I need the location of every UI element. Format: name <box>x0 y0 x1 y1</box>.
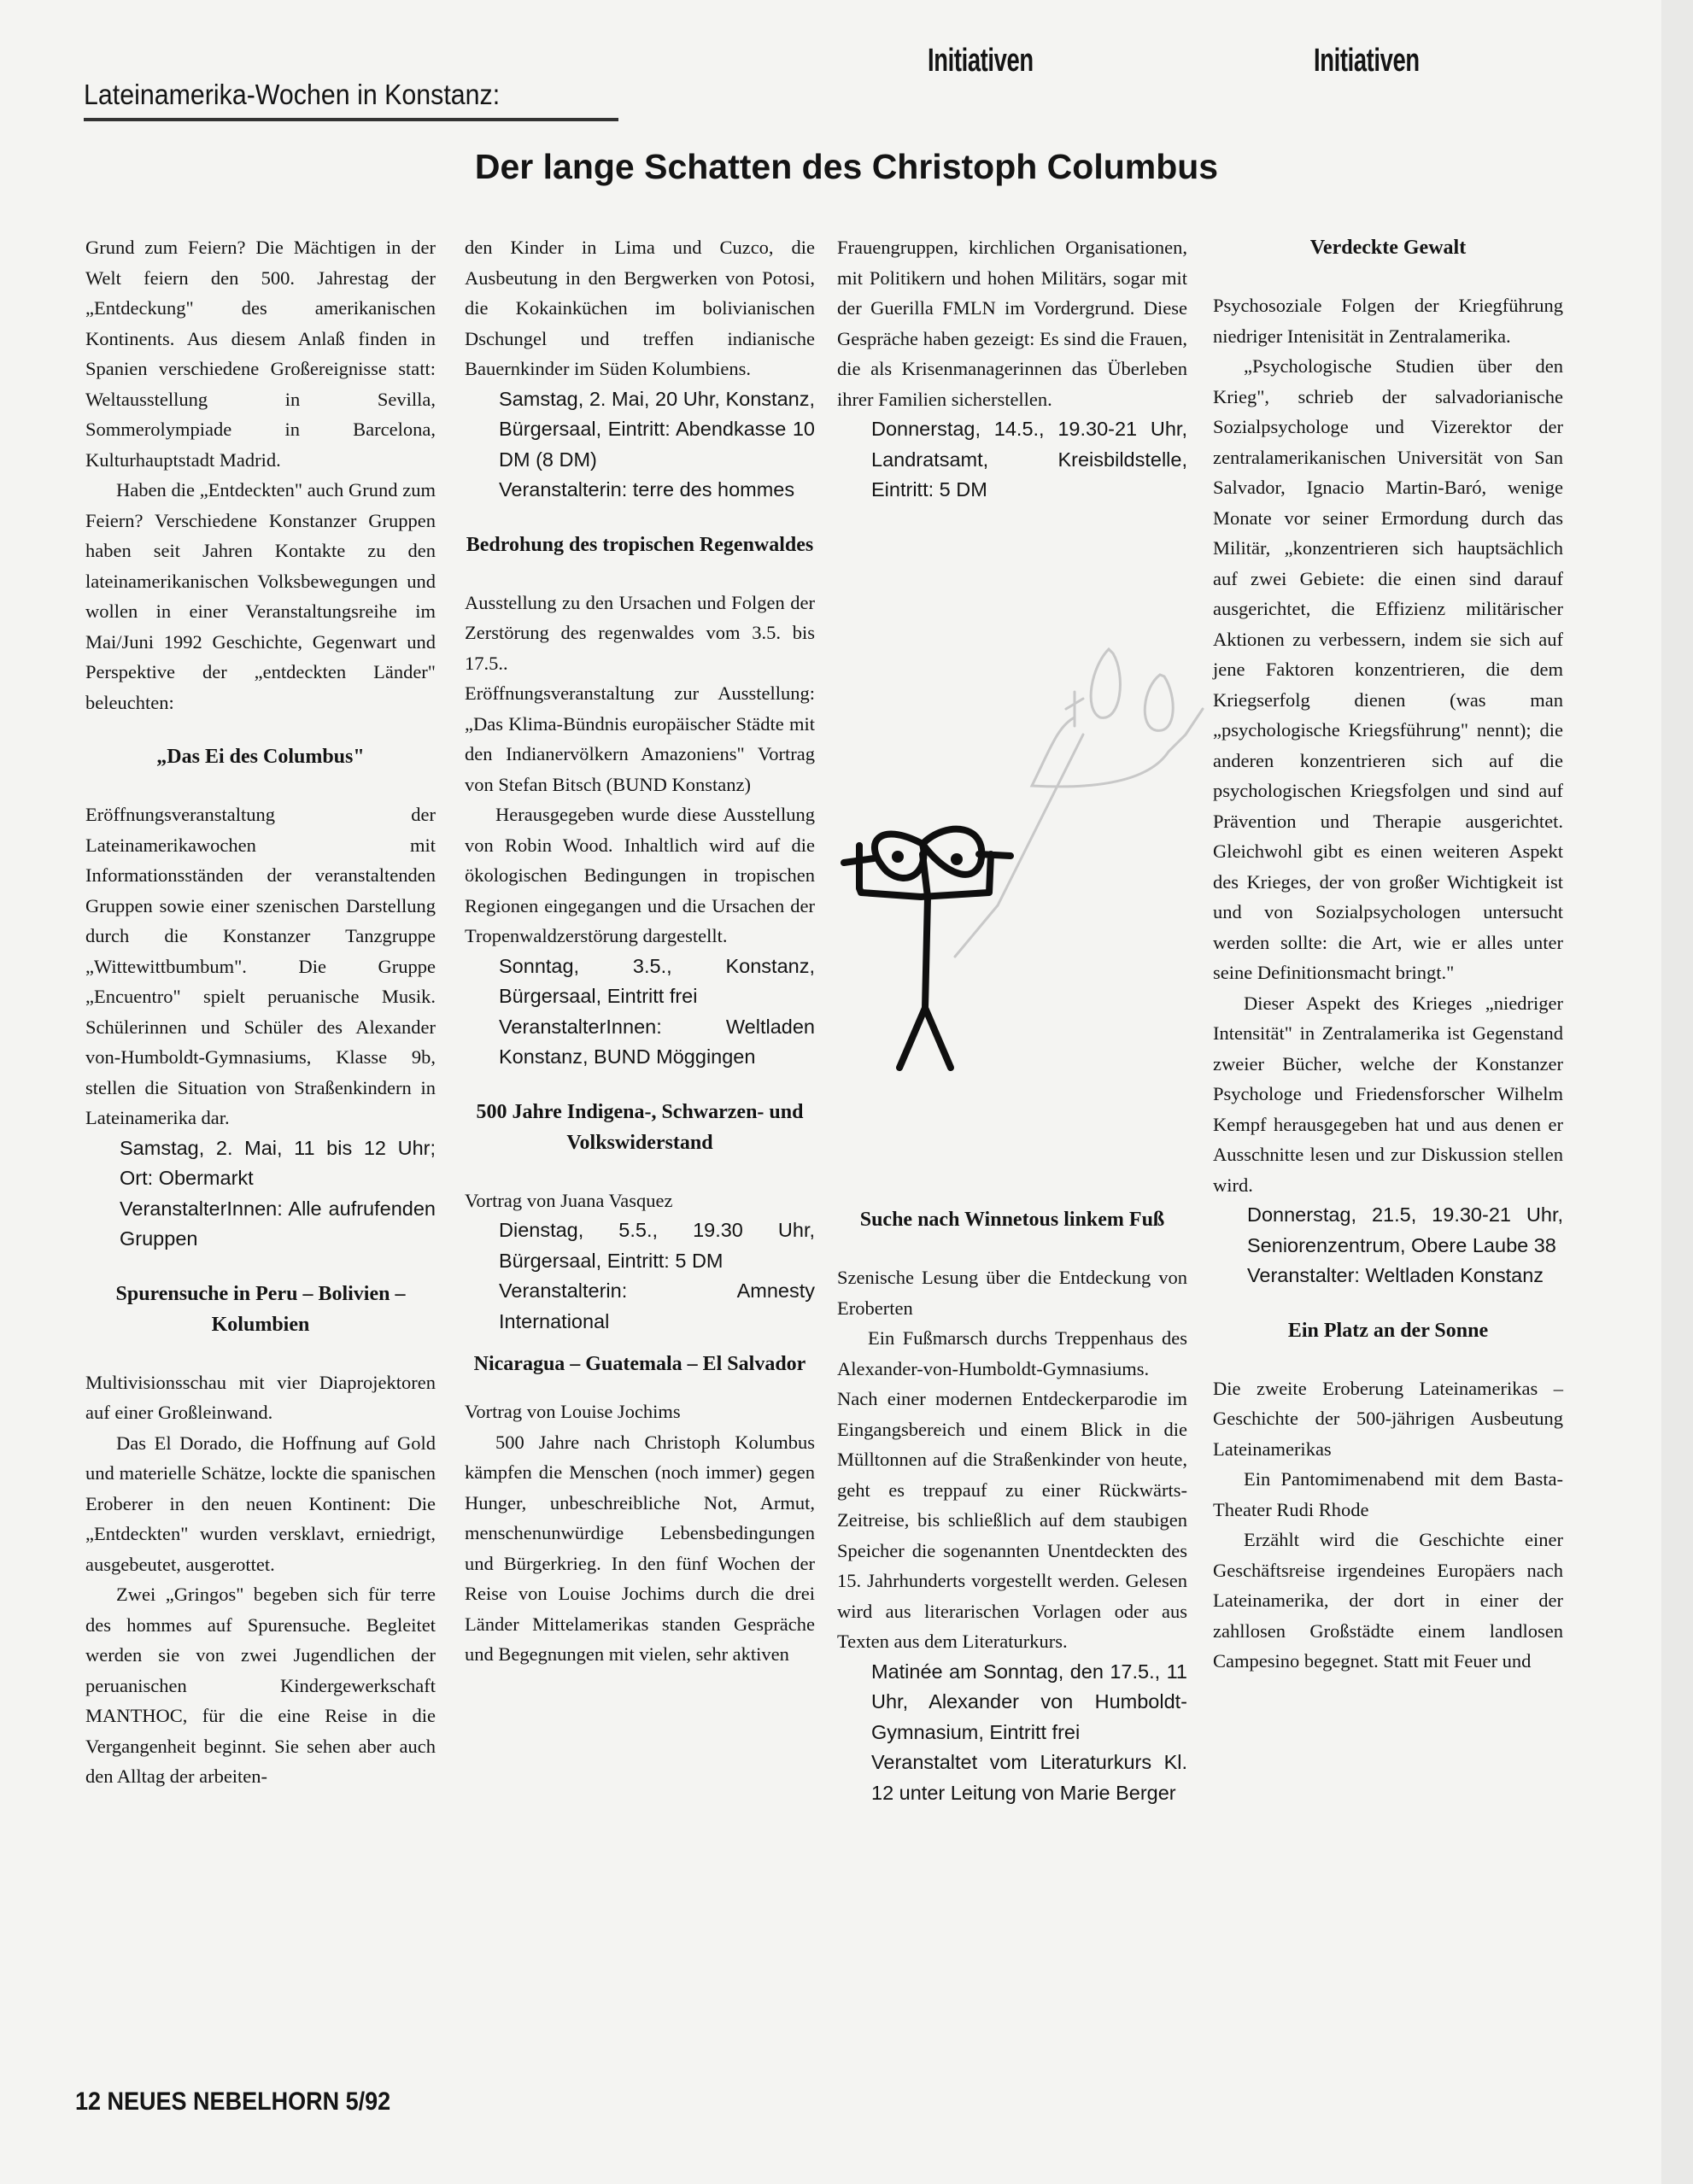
column-3: Frauengruppen, kirchlichen Organisatione… <box>837 232 1187 506</box>
event-organizer: VeranstalterInnen: Alle aufrufenden Grup… <box>85 1194 436 1255</box>
paragraph: Zwei „Gringos" begeben sich für terre de… <box>85 1579 436 1792</box>
paragraph: Die zweite Eroberung Lateinamerikas – Ge… <box>1213 1373 1563 1465</box>
event-info: Donnerstag, 21.5, 19.30-21 Uhr, Senioren… <box>1213 1200 1563 1261</box>
paragraph: Eröffnungsveranstaltung der Lateinamerik… <box>85 799 436 1133</box>
event-organizer: VeranstalterInnen: Weltladen Konstanz, B… <box>465 1012 815 1073</box>
paragraph: „Psychologische Studien über den Krieg",… <box>1213 351 1563 988</box>
event-heading: Verdeckte Gewalt <box>1213 232 1563 290</box>
paragraph: Vortrag von Juana Vasquez <box>465 1186 815 1216</box>
column-3-lower: Suche nach Winnetous linkem Fuß Szenisch… <box>837 1204 1187 1808</box>
page-title: Der lange Schatten des Christoph Columbu… <box>0 147 1693 187</box>
event-heading: 500 Jahre Indigena-, Schwarzen- und Volk… <box>465 1073 815 1186</box>
paragraph: den Kinder in Lima und Cuzco, die Ausbeu… <box>465 232 815 384</box>
paragraph: Eröffnungsveranstaltung zur Ausstellung:… <box>465 678 815 799</box>
paragraph: Psychosoziale Folgen der Kriegführung ni… <box>1213 290 1563 351</box>
event-info: Donnerstag, 14.5., 19.30-21 Uhr, Landrat… <box>837 414 1187 506</box>
paragraph: Vortrag von Louise Jochims <box>465 1396 815 1427</box>
paragraph: Erzählt wird die Geschichte einer Geschä… <box>1213 1525 1563 1677</box>
event-organizer: Veranstaltet vom Literaturkurs Kl. 12 un… <box>837 1748 1187 1808</box>
column-1: Grund zum Feiern? Die Mächtigen in der W… <box>85 232 436 1792</box>
paragraph: Herausgegeben wurde diese Ausstellung vo… <box>465 799 815 951</box>
paragraph: Das El Dorado, die Hoffnung auf Gold und… <box>85 1428 436 1580</box>
kicker: Lateinamerika-Wochen in Konstanz: <box>84 79 500 111</box>
column-4: Verdeckte Gewalt Psychosoziale Folgen de… <box>1213 232 1563 1677</box>
event-info: Sonntag, 3.5., Konstanz, Bürgersaal, Ein… <box>465 951 815 1012</box>
paragraph: Grund zum Feiern? Die Mächtigen in der W… <box>85 232 436 475</box>
event-info: Dienstag, 5.5., 19.30 Uhr, Bürgersaal, E… <box>465 1215 815 1276</box>
event-info: Samstag, 2. Mai, 20 Uhr, Konstanz, Bürge… <box>465 384 815 476</box>
event-info: Matinée am Sonntag, den 17.5., 11 Uhr, A… <box>837 1657 1187 1748</box>
event-organizer: Veranstalterin: terre des hommes <box>465 475 815 506</box>
event-heading: „Das Ei des Columbus" <box>85 717 436 799</box>
paragraph: Ein Pantomimenabend mit dem Basta-Theate… <box>1213 1464 1563 1525</box>
column-2: den Kinder in Lima und Cuzco, die Ausbeu… <box>465 232 815 1670</box>
event-organizer: Veranstalter: Weltladen Konstanz <box>1213 1261 1563 1291</box>
event-heading: Nicaragua – Guatemala – El Salvador <box>465 1337 815 1396</box>
stick-figure-drawing-icon <box>827 615 1211 1230</box>
paragraph: Frauengruppen, kirchlichen Organisatione… <box>837 232 1187 414</box>
paragraph: Ausstellung zu den Ursachen und Folgen d… <box>465 588 815 679</box>
event-heading: Ein Platz an der Sonne <box>1213 1291 1563 1373</box>
page-edge <box>1661 0 1693 2184</box>
section-label: Initiativen <box>928 43 1034 79</box>
event-info: Samstag, 2. Mai, 11 bis 12 Uhr; Ort: Obe… <box>85 1133 436 1194</box>
paragraph: Dieser Aspekt des Krieges „niedriger Int… <box>1213 988 1563 1201</box>
paragraph: Szenische Lesung über die Entdeckung von… <box>837 1262 1187 1323</box>
paragraph: Multivisionsschau mit vier Diaprojektore… <box>85 1367 436 1428</box>
kicker-underline <box>84 118 618 121</box>
paragraph: Haben die „Entdeckten" auch Grund zum Fe… <box>85 475 436 717</box>
event-organizer: Veranstalterin: Amnesty International <box>465 1276 815 1337</box>
paragraph: 500 Jahre nach Christoph Kolumbus kämpfe… <box>465 1427 815 1670</box>
page-folio: 12 NEUES NEBELHORN 5/92 <box>75 2087 390 2117</box>
section-label: Initiativen <box>1314 43 1420 79</box>
event-heading: Spurensuche in Peru – Bolivien – Kolumbi… <box>85 1255 436 1367</box>
event-heading: Suche nach Winnetous linkem Fuß <box>837 1204 1187 1262</box>
event-heading: Bedrohung des tropischen Regenwaldes <box>465 506 815 588</box>
paragraph: Ein Fußmarsch durchs Treppenhaus des Ale… <box>837 1323 1187 1657</box>
